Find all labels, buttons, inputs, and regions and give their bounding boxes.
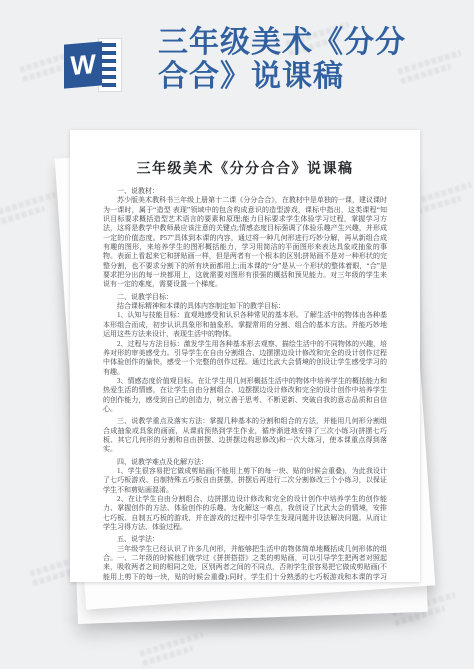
page-title: 三年级美术《分分合合》说课稿 (158, 26, 420, 94)
doc-paragraph: 1、学生很容易把它做成剪贴画(不能用上剪下的每一块、贴的时候会重叠)，为此我设计… (103, 467, 387, 495)
doc-paragraph: 2、过程与方法目标：激发学生用各种基本形去观察、描绘生活中的不同物体的兴趣，培养… (103, 340, 387, 377)
word-w-glyph: W (64, 41, 102, 88)
header: W 三年级美术《分分合合》说课稿 (64, 26, 466, 94)
template-preview-page: { "header": { "title": "三年级美术《分分合合》说课稿",… (0, 0, 474, 669)
doc-paragraph: 苏少版美术教科书三年级上册第十二课《分分合合》，在教材中是单独的一课，建议课时为… (103, 196, 387, 289)
document-page: 三年级美术《分分合合》说课稿 一、说教材： 苏少版美术教科书三年级上册第十二课《… (70, 130, 420, 582)
doc-paragraph: 2、在让学生自由分割组合、边拼摆边设计修改和完全的设计创作中培养学生的创作能力、… (103, 495, 387, 532)
doc-paragraph: 1、认知与技能目标：直观地感受和认识各种常见的基本形。了解生活中的物体由各种基本… (103, 311, 387, 339)
doc-paragraph: 3、情感态度价值观目标。在让学生用几何形概括生活中的物体中培养学生的概括能力和热… (103, 377, 387, 414)
doc-section-heading: 四、说教学难点及化解方法： (103, 458, 387, 467)
document-title: 三年级美术《分分合合》说课稿 (103, 160, 387, 180)
doc-section-heading: 一、说教材： (103, 187, 387, 196)
document-preview: 三年级美术《分分合合》说课稿 一、说教材： 苏少版美术教科书三年级上册第十二课《… (70, 130, 420, 582)
word-file-icon: W (64, 38, 122, 92)
doc-section-heading: 二、说教学目标： (103, 293, 387, 302)
doc-paragraph: 三、说教学重点及落实方法：掌握几种基本的分割和组合的方法，并能用几何形分割组合成… (103, 417, 387, 454)
document-body: 一、说教材： 苏少版美术教科书三年级上册第十二课《分分合合》，在教材中是单独的一… (103, 187, 387, 582)
doc-section-heading: 五、说学法： (103, 535, 387, 544)
watermark-icon (0, 191, 59, 228)
doc-paragraph: 三年级学生已经认识了许多几何形，并能够把生活中的物体简单地概括成几何形体的组合。… (103, 545, 387, 582)
